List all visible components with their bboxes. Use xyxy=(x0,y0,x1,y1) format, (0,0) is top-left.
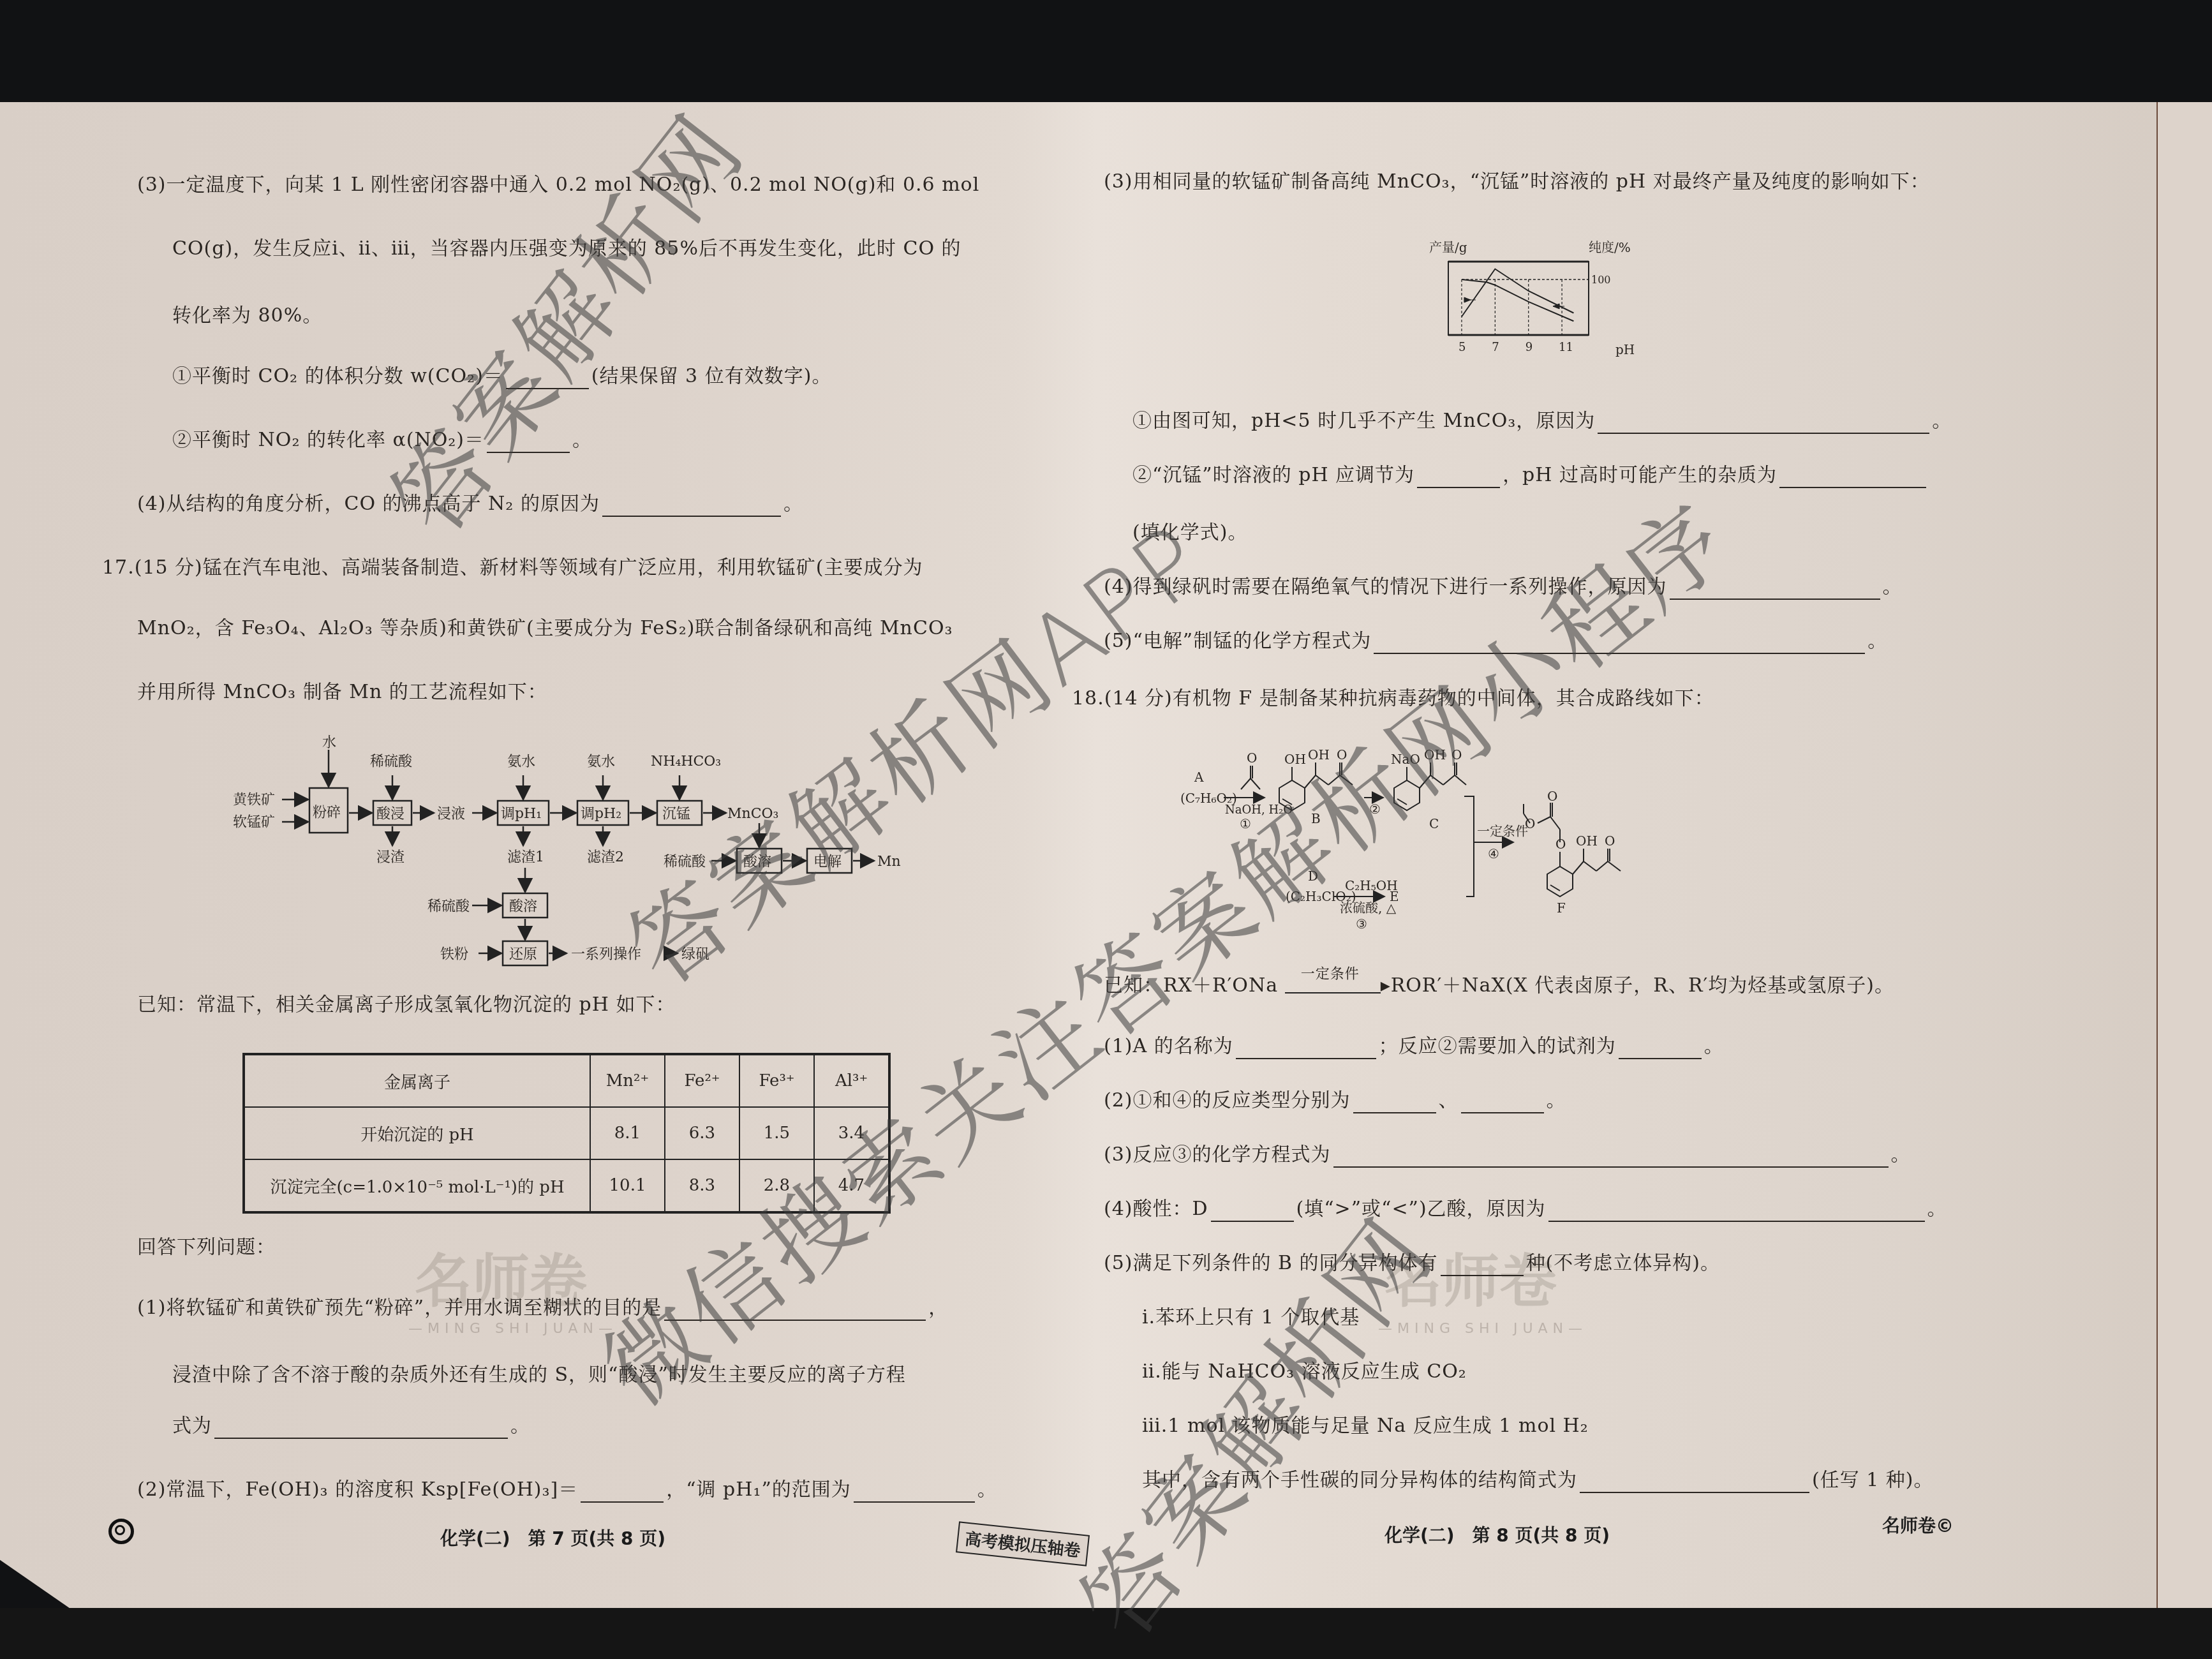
svg-text:③: ③ xyxy=(1356,916,1367,932)
svg-text:F: F xyxy=(1557,900,1566,916)
ph-yield-purity-chart: 产量/g 纯度/% pH 10057911 xyxy=(1423,233,1652,380)
svg-text:9: 9 xyxy=(1525,341,1533,354)
page-mark-icon xyxy=(108,1519,134,1544)
table-cell: 10.1 xyxy=(590,1159,665,1212)
svg-text:100: 100 xyxy=(1591,274,1611,286)
question-text: (4)从结构的角度分析，CO 的沸点高于 N₂ 的原因为 xyxy=(137,493,600,515)
q17-3-1: ①由图可知，pH<5 时几乎不产生 MnCO₃，原因为。 xyxy=(1132,408,1952,434)
svg-text:11: 11 xyxy=(1559,341,1573,354)
question-text: (任写 1 种)。 xyxy=(1812,1469,1934,1491)
paper-flap xyxy=(2156,102,2212,1614)
q17-3-2: ②“沉锰”时溶液的 pH 应调节为，pH 过高时可能产生的杂质为 xyxy=(1132,463,1929,488)
question-text: (2)常温下，Fe(OH)₃ 的溶度积 Ksp[Fe(OH)₃]＝ xyxy=(137,1478,578,1501)
question-text: (2)①和④的反应类型分别为 xyxy=(1104,1089,1351,1112)
answer-blank[interactable] xyxy=(1461,1093,1544,1113)
answer-blank[interactable] xyxy=(854,1482,975,1503)
answer-blank[interactable] xyxy=(1333,1147,1889,1168)
q17-1-line3: 式为。 xyxy=(172,1413,530,1439)
svg-text:纯度/%: 纯度/% xyxy=(1589,240,1631,255)
question-text: 。 xyxy=(1891,1143,1911,1166)
svg-text:浓硫酸, △: 浓硫酸, △ xyxy=(1340,900,1397,916)
answer-blank[interactable] xyxy=(1598,413,1929,434)
known-text: 已知：常温下，相关金属离子形成氢氧化物沉淀的 pH 如下： xyxy=(137,992,675,1018)
table-header: Fe³⁺ xyxy=(739,1054,814,1107)
question-text: (3)反应③的化学方程式为 xyxy=(1104,1143,1331,1166)
svg-text:5: 5 xyxy=(1459,341,1466,354)
svg-text:浸渣: 浸渣 xyxy=(376,849,405,865)
q18-2: (2)①和④的反应类型分别为、。 xyxy=(1104,1088,1566,1113)
svg-text:滤渣1: 滤渣1 xyxy=(507,849,544,865)
question-text: 种(不考虑立体异构)。 xyxy=(1526,1252,1720,1274)
reaction-arrow: 一定条件 xyxy=(1285,979,1381,993)
svg-text:氨水: 氨水 xyxy=(507,754,535,770)
q18-3: (3)反应③的化学方程式为。 xyxy=(1104,1142,1911,1168)
question-text: ROR′＋NaX(X 代表卤原子，R、R′均为烃基或氢原子)。 xyxy=(1391,974,1894,997)
question-text: ，pH 过高时可能产生的杂质为 xyxy=(1503,464,1777,486)
q18-1: (1)A 的名称为；反应②需要加入的试剂为。 xyxy=(1104,1034,1724,1059)
question-text: (结果保留 3 位有效数字)。 xyxy=(591,365,832,387)
svg-text:稀硫酸: 稀硫酸 xyxy=(427,898,470,914)
q17-line1: 17.(15 分)锰在汽车电池、高端装备制造、新材料等领域有广泛应用，利用软锰矿… xyxy=(102,555,923,581)
table-header: 金属离子 xyxy=(244,1054,590,1107)
answer-blank[interactable] xyxy=(1548,1201,1925,1222)
svg-text:O: O xyxy=(1555,837,1566,852)
svg-text:酸浸: 酸浸 xyxy=(376,806,405,822)
table-cell: 8.1 xyxy=(590,1107,665,1159)
svg-text:软锰矿: 软锰矿 xyxy=(233,814,275,830)
table-header-row: 金属离子 Mn²⁺ Fe²⁺ Fe³⁺ Al³⁺ xyxy=(244,1054,889,1107)
answer-intro: 回答下列问题： xyxy=(137,1235,276,1260)
answer-blank[interactable] xyxy=(602,496,781,517)
svg-text:铁粉: 铁粉 xyxy=(440,946,468,962)
svg-text:O: O xyxy=(1247,750,1257,766)
svg-text:O: O xyxy=(1525,816,1535,831)
left-page-footer: 化学(二) 第 7 页(共 8 页) xyxy=(440,1525,665,1551)
svg-text:酸溶: 酸溶 xyxy=(509,898,537,914)
svg-text:产量/g: 产量/g xyxy=(1429,240,1467,255)
svg-text:稀硫酸: 稀硫酸 xyxy=(370,754,413,770)
svg-text:浸液: 浸液 xyxy=(437,806,465,822)
question-text: 。 xyxy=(572,429,592,451)
reaction-condition: 一定条件 xyxy=(1301,962,1360,987)
svg-text:NH₄HCO₃: NH₄HCO₃ xyxy=(651,754,721,770)
q17-1-line1: (1)将软锰矿和黄铁矿预先“粉碎”，并用水调至糊状的目的是， xyxy=(137,1295,948,1321)
q17-1-line2: 浸渣中除了含不溶于酸的杂质外还有生成的 S，则“酸浸”时发生主要反应的离子方程 xyxy=(172,1362,906,1388)
q18-4: (4)酸性：D(填“>”或“<”)乙酸，原因为。 xyxy=(1104,1196,1947,1222)
svg-text:OH: OH xyxy=(1576,833,1598,849)
question-text: ， xyxy=(928,1297,948,1319)
svg-text:调pH₁: 调pH₁ xyxy=(501,806,542,822)
question-text: 式为 xyxy=(172,1415,212,1437)
svg-text:水: 水 xyxy=(322,734,336,750)
question-text: 。 xyxy=(1867,630,1887,652)
svg-text:氨水: 氨水 xyxy=(587,754,615,770)
answer-blank[interactable] xyxy=(1580,1473,1809,1493)
question-text: 、 xyxy=(1439,1089,1459,1112)
svg-text:一定条件: 一定条件 xyxy=(1477,824,1528,839)
svg-text:④: ④ xyxy=(1488,846,1499,861)
svg-text:调pH₂: 调pH₂ xyxy=(581,806,621,822)
table-cell: 开始沉淀的 pH xyxy=(244,1107,590,1159)
svg-text:还原: 还原 xyxy=(509,946,537,962)
svg-text:O: O xyxy=(1547,789,1557,804)
q17-line2: MnO₂，含 Fe₃O₄、Al₂O₃ 等杂质)和黄铁矿(主要成分为 FeS₂)联… xyxy=(137,616,953,641)
svg-text:O: O xyxy=(1605,833,1615,849)
svg-text:A: A xyxy=(1194,770,1204,785)
question-text: (4)酸性：D xyxy=(1104,1198,1208,1220)
question-text: 。 xyxy=(1932,410,1952,432)
q16-3-line3: 转化率为 80%。 xyxy=(172,303,322,329)
svg-text:粉碎: 粉碎 xyxy=(313,805,341,821)
table-header: Fe²⁺ xyxy=(665,1054,739,1107)
q17-2: (2)常温下，Fe(OH)₃ 的溶度积 Ksp[Fe(OH)₃]＝，“调 pH₁… xyxy=(137,1477,997,1503)
q16-3-line1: (3)一定温度下，向某 1 L 刚性密闭容器中通入 0.2 mol NO₂(g)… xyxy=(137,172,979,198)
brand-mark: 名师卷© xyxy=(1882,1512,1954,1538)
q17-line3: 并用所得 MnCO₃ 制备 Mn 的工艺流程如下： xyxy=(137,680,547,705)
q17-3-text: (3)用相同量的软锰矿制备高纯 MnCO₃，“沉锰”时溶液的 pH 对最终产量及… xyxy=(1104,169,1930,195)
question-text: ，“调 pH₁”的范围为 xyxy=(666,1478,851,1501)
answer-blank[interactable] xyxy=(1236,1039,1376,1059)
question-text: 。 xyxy=(1883,576,1903,598)
answer-blank[interactable] xyxy=(214,1418,508,1439)
question-text: 。 xyxy=(510,1415,530,1437)
answer-blank[interactable] xyxy=(1779,468,1926,488)
question-text: 。 xyxy=(1547,1089,1566,1112)
answer-blank[interactable] xyxy=(1211,1201,1294,1222)
question-text: ②“沉锰”时溶液的 pH 应调节为 xyxy=(1132,464,1414,486)
svg-text:一系列操作: 一系列操作 xyxy=(571,946,641,962)
answer-blank[interactable] xyxy=(581,1482,664,1503)
svg-text:pH: pH xyxy=(1615,342,1635,357)
question-text: 。 xyxy=(977,1478,997,1501)
table-header: Mn²⁺ xyxy=(590,1054,665,1107)
svg-text:沉锰: 沉锰 xyxy=(662,806,690,822)
question-text: 。 xyxy=(783,493,803,515)
table-cell: 6.3 xyxy=(665,1107,739,1159)
svg-text:滤渣2: 滤渣2 xyxy=(587,849,624,865)
question-text: 。 xyxy=(1927,1198,1947,1220)
question-text: 。 xyxy=(1704,1035,1724,1057)
svg-text:黄铁矿: 黄铁矿 xyxy=(233,792,275,808)
right-page-footer: 化学(二) 第 8 页(共 8 页) xyxy=(1384,1522,1610,1547)
question-text: ①由图可知，pH<5 时几乎不产生 MnCO₃，原因为 xyxy=(1132,410,1595,432)
answer-blank[interactable] xyxy=(1417,468,1500,488)
answer-blank[interactable] xyxy=(1619,1039,1702,1059)
answer-blank[interactable] xyxy=(1353,1093,1436,1113)
table-cell: 沉淀完全(c=1.0×10⁻⁵ mol·L⁻¹)的 pH xyxy=(244,1159,590,1212)
question-text: ；反应②需要加入的试剂为 xyxy=(1379,1035,1616,1057)
svg-text:E: E xyxy=(1390,889,1399,904)
svg-text:7: 7 xyxy=(1492,341,1499,354)
